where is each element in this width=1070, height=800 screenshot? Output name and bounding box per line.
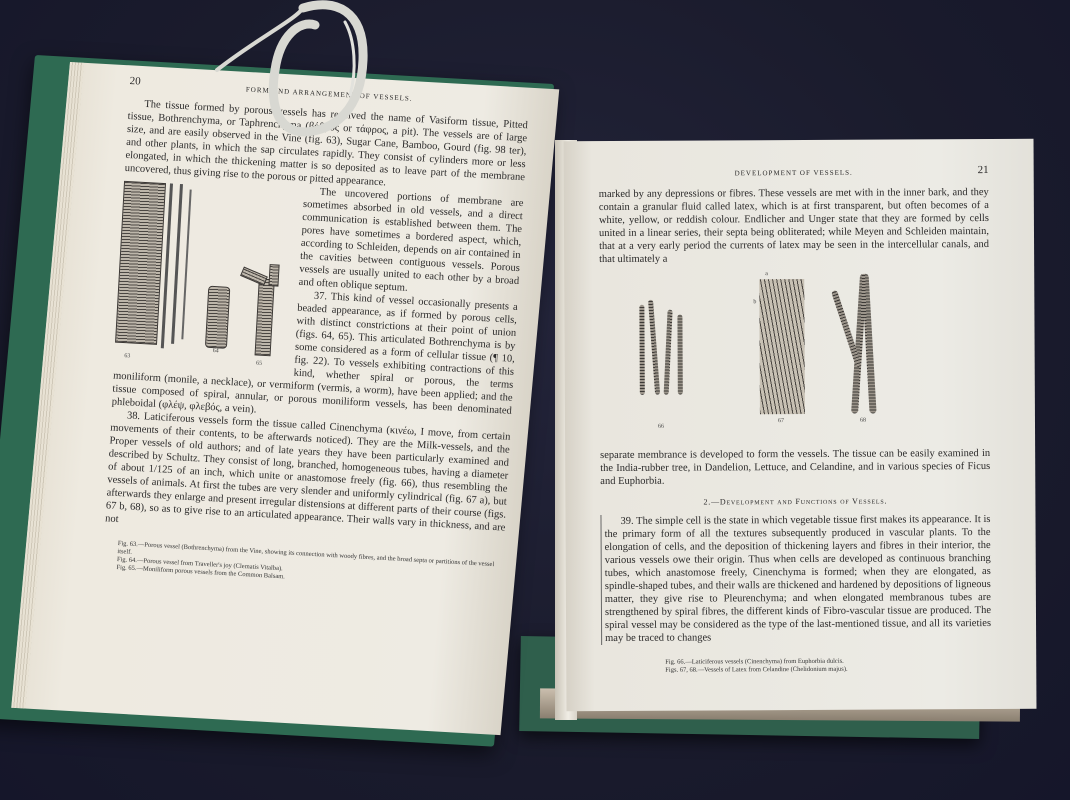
left-page-content: 20 Form and Arrangement of Vessels. The … — [102, 75, 529, 594]
figure-67: a b 67 — [759, 279, 810, 414]
figure-63: 63 — [115, 181, 204, 355]
paragraph: marked by any depressions or fibres. The… — [599, 186, 989, 266]
figure-group-63-65: 63 64 65 — [114, 175, 296, 366]
figure-66: 66 — [639, 305, 689, 400]
section-heading: 2.—Development and Functions of Vessels. — [600, 496, 990, 507]
running-head: Development of Vessels. — [599, 168, 989, 178]
figure-68: 68 — [839, 274, 890, 414]
metal-bookmark-icon — [215, 0, 415, 140]
paragraph: separate membrance is developed to form … — [600, 447, 990, 488]
caption-fig-67-68: Figs. 67, 68.—Vessels of Latex from Cela… — [665, 665, 991, 675]
figure-65: 65 — [236, 263, 291, 361]
figure-captions: Fig. 66.—Laticiferous vessels (Cinenchym… — [651, 657, 991, 675]
right-page: Development of Vessels. 21 marked by any… — [564, 139, 1037, 711]
figure-64: 64 — [204, 286, 230, 357]
right-page-content: Development of Vessels. 21 marked by any… — [599, 164, 992, 675]
photo-scene: 20 Form and Arrangement of Vessels. The … — [0, 0, 1070, 800]
paragraph-39: 39. The simple cell is the state in whic… — [600, 513, 991, 645]
paragraph-38: 38. Laticiferous vessels form the tissue… — [105, 408, 511, 547]
figure-group-66-68: 66 a b 67 68 — [599, 268, 990, 445]
page-number: 21 — [978, 164, 989, 176]
